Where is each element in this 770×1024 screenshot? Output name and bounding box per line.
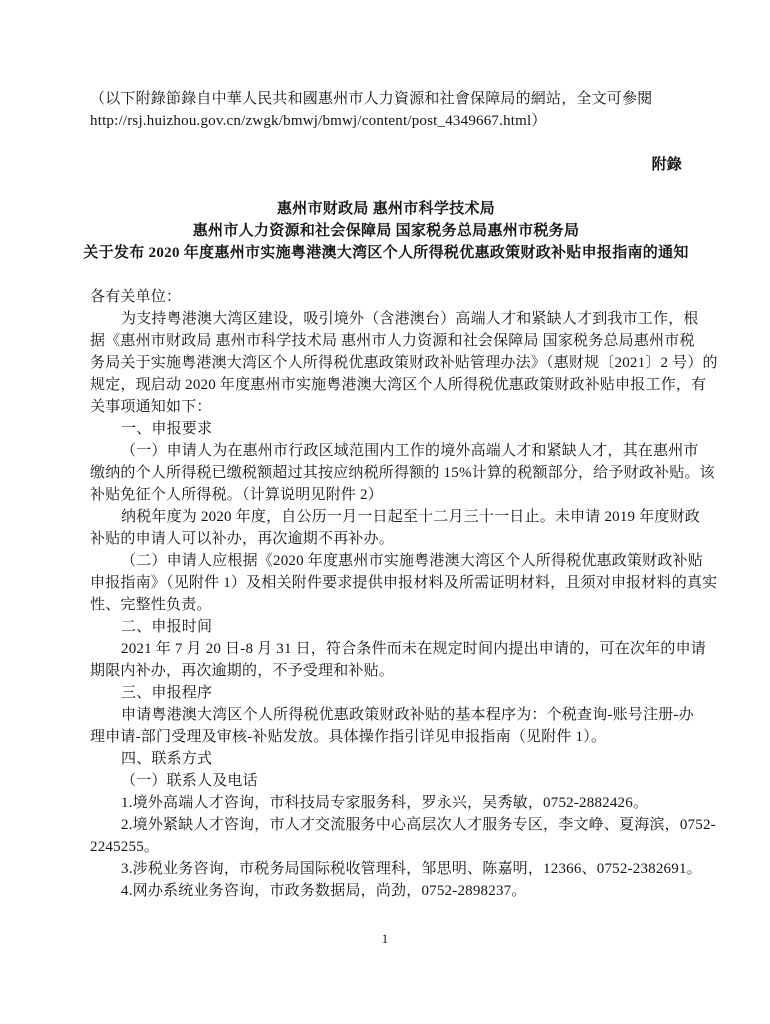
appendix-label: 附錄	[90, 154, 682, 176]
body-line: 务局关于实施粤港澳大湾区个人所得税优惠政策财政补贴管理办法》（惠财规〔2021〕…	[90, 352, 682, 374]
body-line: 补贴的申请人可以补办，再次逾期不再补办。	[90, 528, 682, 550]
body-line: 为支持粤港澳大湾区建设，吸引境外（含港澳台）高端人才和紧缺人才到我市工作，根	[90, 308, 682, 330]
body-line: 期限内补办，再次逾期的，不予受理和补贴。	[90, 660, 682, 682]
source-url-line: http://rsj.huizhou.gov.cn/zwgk/bmwj/bmwj…	[90, 110, 682, 132]
contact-line: 4.网办系统业务咨询，市政务数据局，尚劲，0752-2898237。	[90, 880, 682, 902]
body-line: 性、完整性负责。	[90, 594, 682, 616]
section-4-heading: 四、联系方式	[90, 748, 682, 770]
body-line: 申请粤港澳大湾区个人所得税优惠政策财政补贴的基本程序为：个税查询-账号注册-办	[90, 704, 682, 726]
body-line: （一）申请人为在惠州市行政区域范围内工作的境外高端人才和紧缺人才，其在惠州市	[90, 440, 682, 462]
body-line: 纳税年度为 2020 年度，自公历一月一日起至十二月三十一日止。未申请 2019…	[90, 506, 682, 528]
document-page: （以下附錄節錄自中華人民共和國惠州市人力資源和社會保障局的網站，全文可參閱htt…	[0, 0, 770, 1024]
body-line: 关事项通知如下：	[90, 396, 682, 418]
page-number: 1	[0, 930, 770, 948]
preamble-note-line: （以下附錄節錄自中華人民共和國惠州市人力資源和社會保障局的網站，全文可參閱	[90, 88, 682, 110]
section-2-heading: 二、申报时间	[90, 616, 682, 638]
title-line-subject: 关于发布 2020 年度惠州市实施粤港澳大湾区个人所得税优惠政策财政补贴申报指南…	[90, 242, 682, 264]
body-line: （二）申请人应根据《2020 年度惠州市实施粤港澳大湾区个人所得税优惠政策财政补…	[90, 550, 682, 572]
document-title: 惠州市财政局 惠州市科学技术局惠州市人力资源和社会保障局 国家税务总局惠州市税务…	[90, 198, 682, 264]
contact-line: 3.涉税业务咨询，市税务局国际税收管理科，邹思明、陈嘉明，12366、0752-…	[90, 858, 682, 880]
body-line: 2021 年 7 月 20 日-8 月 31 日，符合条件而未在规定时间内提出申…	[90, 638, 682, 660]
body-line: 缴纳的个人所得税已缴税额超过其按应纳税所得额的 15%计算的税额部分，给予财政补…	[90, 462, 682, 484]
body-line: 据《惠州市财政局 惠州市科学技术局 惠州市人力资源和社会保障局 国家税务总局惠州…	[90, 330, 682, 352]
contact-line: 2.境外紧缺人才咨询，市人才交流服务中心高层次人才服务专区，李文峥、夏海滨，07…	[90, 814, 682, 836]
contact-line: 1.境外高端人才咨询，市科技局专家服务科，罗永兴，吴秀敏，0752-288242…	[90, 792, 682, 814]
spacer	[90, 264, 682, 286]
body-line: 理申请-部门受理及审核-补贴发放。具体操作指引详见申报指南（见附件 1）。	[90, 726, 682, 748]
salutation-line: 各有关单位：	[90, 286, 682, 308]
preamble: （以下附錄節錄自中華人民共和國惠州市人力資源和社會保障局的網站，全文可參閱htt…	[90, 88, 682, 132]
subsection-heading: （一）联系人及电话	[90, 770, 682, 792]
contact-line: 2245255。	[90, 836, 682, 858]
spacer	[90, 176, 682, 198]
section-3-heading: 三、申报程序	[90, 682, 682, 704]
body-line: 申报指南》（见附件 1）及相关附件要求提供申报材料及所需证明材料，且须对申报材料…	[90, 572, 682, 594]
title-line-issuers-1: 惠州市财政局 惠州市科学技术局	[90, 198, 682, 220]
title-line-issuers-2: 惠州市人力资源和社会保障局 国家税务总局惠州市税务局	[90, 220, 682, 242]
body-line: 补贴免征个人所得税。（计算说明见附件 2）	[90, 484, 682, 506]
body-line: 规定，现启动 2020 年度惠州市实施粤港澳大湾区个人所得税优惠政策财政补贴申报…	[90, 374, 682, 396]
section-1-heading: 一、申报要求	[90, 418, 682, 440]
spacer	[90, 132, 682, 154]
document-body: 各有关单位：为支持粤港澳大湾区建设，吸引境外（含港澳台）高端人才和紧缺人才到我市…	[90, 286, 682, 902]
